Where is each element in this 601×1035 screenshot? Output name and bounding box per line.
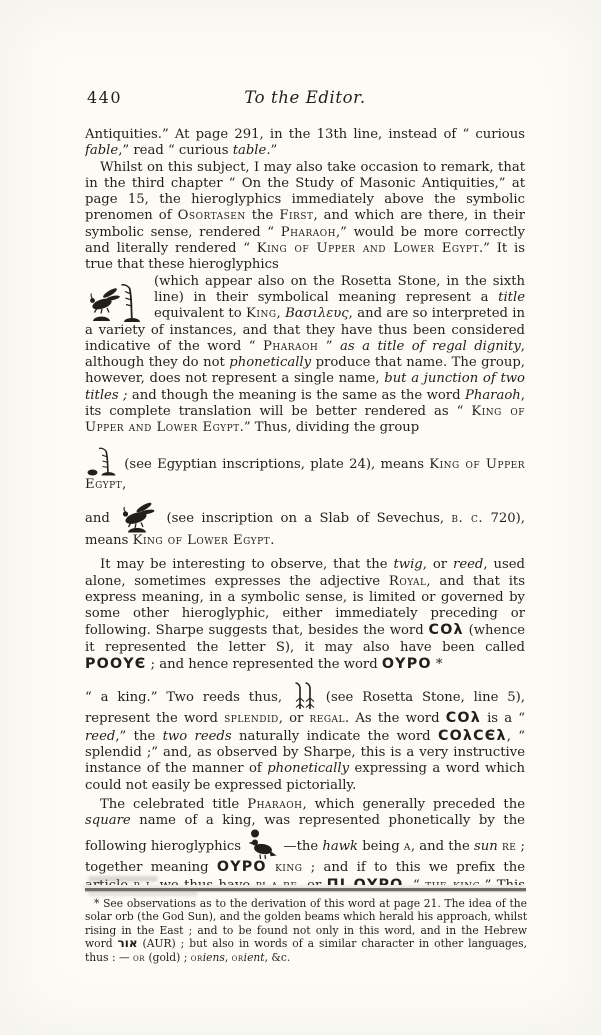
text-segment: Osortasen (178, 208, 246, 223)
text-segment: , or (279, 711, 310, 726)
text-segment: COλ (429, 622, 464, 638)
text-segment: title (498, 290, 525, 305)
single-reed-hieroglyph (87, 445, 117, 477)
text-segment: King (246, 306, 276, 321)
text-segment: being (358, 839, 404, 854)
para-rosetta-title: (which appear also on the Rosetta Stone,… (85, 274, 525, 437)
text-segment: table (233, 143, 267, 158)
text-segment: ,” the (115, 729, 162, 744)
text-segment: , (225, 951, 232, 964)
text-segment: or (191, 951, 203, 964)
text-segment: , which generally preceded the (302, 797, 525, 812)
text-segment: twig (394, 557, 423, 572)
text-segment: re (502, 839, 516, 854)
text-segment: regal (310, 711, 346, 726)
text-segment: First (279, 208, 313, 223)
text-segment: Βασιλευς (285, 306, 349, 321)
text-segment: ,” read “ curious (118, 143, 232, 158)
para-twig-reed: It may be interesting to observe, that t… (85, 557, 525, 673)
text-segment: , “ (403, 878, 425, 885)
text-segment: or (232, 951, 244, 964)
text-segment: iens (203, 951, 225, 964)
text-segment: “ a king.” Two reeds thus, (85, 690, 291, 705)
footnote-text: * See observations as to the derivation … (85, 897, 527, 964)
text-segment: . As the word (345, 711, 446, 726)
scan-smudge (470, 940, 510, 944)
text-segment: , (122, 477, 126, 492)
text-segment: (see Egyptian inscriptions, plate 24), m… (119, 457, 429, 472)
para-masonic-antiquities: Whilst on this subject, I may also take … (85, 160, 525, 274)
text-segment: Pharaoh (263, 339, 318, 354)
scan-smudge (88, 891, 198, 896)
text-segment: the (246, 208, 280, 223)
scanned-page: 440 To the Editor. Antiquities.” At page… (0, 0, 601, 1035)
text-segment: ient (244, 951, 265, 964)
text-segment (267, 860, 275, 875)
bee-hieroglyph (119, 501, 157, 533)
text-segment: (which appear also on the Rosetta Stone,… (154, 274, 525, 305)
text-segment: (see inscription on a Slab of Sevechus, (159, 511, 451, 526)
para-lower-egypt-glyph: and (see inscription on a Slab of Sevech… (85, 501, 525, 549)
text-segment: is a “ (481, 711, 525, 726)
text-segment: as a title of regal dignity (340, 339, 521, 354)
text-segment: Royal (389, 574, 427, 589)
text-segment: reed (453, 557, 483, 572)
text-segment: Pharaoh (247, 797, 302, 812)
text-segment: , (277, 306, 286, 321)
text-segment: and (85, 511, 117, 526)
text-segment: naturally indicate the word (232, 729, 438, 744)
text-segment: . (270, 533, 274, 548)
scan-smudge (88, 876, 158, 882)
text-segment: (gold) ; (145, 951, 191, 964)
text-segment: King of Lower Egypt (133, 533, 271, 548)
two-reeds-hieroglyph (293, 680, 315, 710)
text-segment: king (275, 860, 302, 875)
text-segment: It may be interesting to observe, that t… (100, 557, 394, 572)
hawk-sun-hieroglyph (247, 829, 277, 859)
text-segment: , and the (411, 839, 474, 854)
text-segment: , we thus have (150, 878, 256, 885)
text-segment: Antiquities.” At page 291, in the 13th l… (85, 127, 525, 142)
text-segment: —the (279, 839, 322, 854)
text-segment: COλCЄλ (438, 728, 507, 744)
text-segment: equivalent to (154, 306, 246, 321)
text-segment: a (404, 839, 411, 854)
text-segment: two reeds (163, 729, 232, 744)
text-segment: hawk (322, 839, 358, 854)
text-segment: .” (266, 143, 277, 158)
text-segment: phonetically (267, 761, 349, 776)
text-segment: ΟΥΡΟ (217, 859, 267, 875)
para-errata: Antiquities.” At page 291, in the 13th l… (85, 127, 525, 160)
text-segment: , or (423, 557, 453, 572)
running-title: To the Editor. (85, 88, 525, 107)
text-segment: ” (318, 339, 340, 354)
text-segment: * (432, 657, 443, 672)
text-segment: pi-a-re (256, 878, 298, 885)
text-segment: b. c. (451, 511, 483, 526)
text-segment: square (85, 813, 131, 828)
bee-reed-hieroglyph (87, 276, 143, 322)
para-upper-egypt-glyph: (see Egyptian inscriptions, plate 24), m… (85, 445, 525, 493)
text-segment: .” Thus, dividing the group (240, 420, 420, 435)
text-segment: , or (297, 878, 326, 885)
para-two-reeds: “ a king.” Two reeds thus, (see Rosetta … (85, 680, 525, 793)
footnote: * See observations as to the derivation … (85, 897, 527, 964)
text-segment: or (133, 951, 145, 964)
text-segment: King of Upper and Lower Egypt (257, 241, 479, 256)
text-segment: אור (118, 936, 138, 950)
page-header: 440 To the Editor. (85, 88, 525, 110)
text-segment: splendid (224, 711, 279, 726)
text-segment: ΡΟΟΥЄ (85, 656, 146, 672)
page-body: Antiquities.” At page 291, in the 13th l… (85, 127, 525, 885)
text-segment: reed (85, 729, 115, 744)
text-segment: The celebrated title (100, 797, 247, 812)
text-segment: COλ (446, 710, 481, 726)
para-pharaoh-title: The celebrated title Pharaoh, which gene… (85, 797, 525, 885)
text-segment: ΟΥΡΟ (382, 656, 432, 672)
text-segment: , &c. (265, 951, 291, 964)
text-segment: the king (425, 878, 480, 885)
text-segment: Pharaoh (465, 388, 521, 403)
text-segment: Pharaoh (281, 225, 336, 240)
text-segment: fable (85, 143, 118, 158)
text-segment: sun (474, 839, 498, 854)
text-segment: and though the meaning is the same as th… (127, 388, 465, 403)
text-segment: phonetically (229, 355, 311, 370)
text-segment: ; and hence represented the word (146, 657, 381, 672)
text-segment: ΠΙ ΟΥΡΟ (327, 877, 404, 885)
